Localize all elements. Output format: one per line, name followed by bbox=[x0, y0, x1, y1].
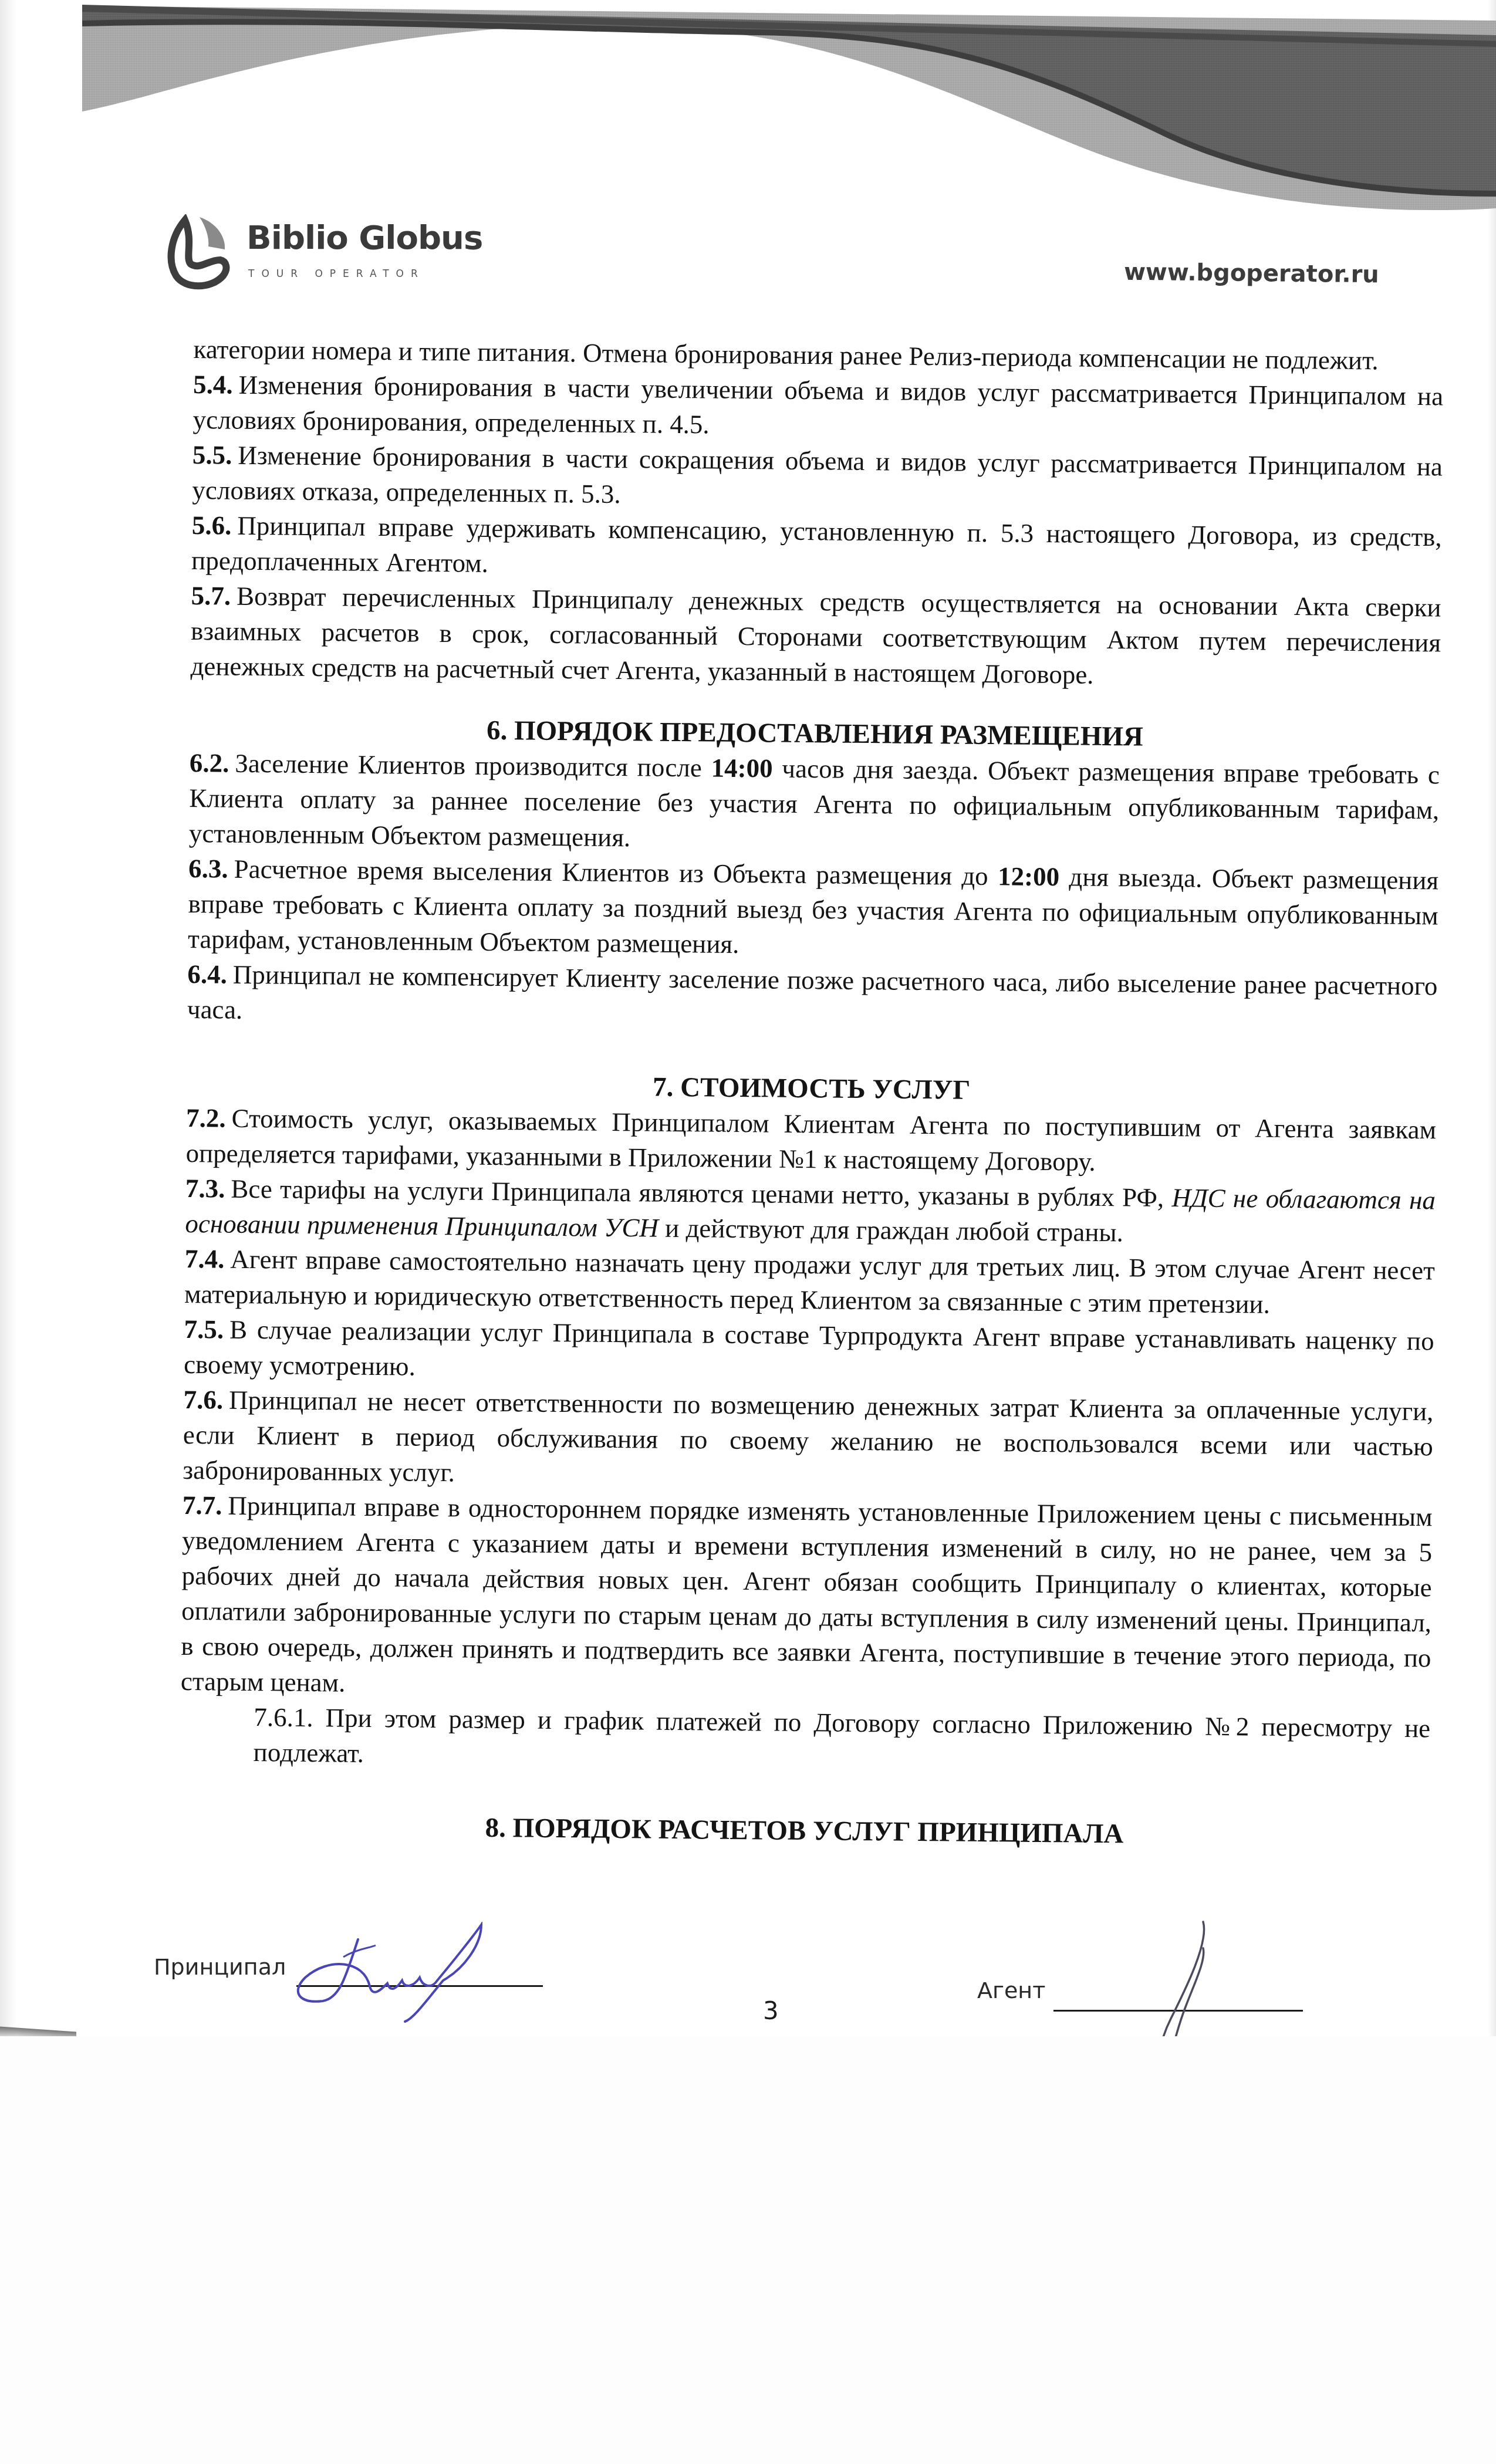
clause-number: 7.5. bbox=[184, 1314, 224, 1344]
clause-text: Стоимость услуг, оказываемых Принципалом… bbox=[185, 1104, 1436, 1177]
clause-text: Принципал вправе в одностороннем порядке… bbox=[181, 1491, 1433, 1698]
clause-text: и действуют для граждан любой страны. bbox=[658, 1214, 1123, 1248]
clause-5-6: 5.6.Принципал вправе удерживать компенса… bbox=[191, 508, 1442, 590]
clause-6-2: 6.2.Заселение Клиентов производится посл… bbox=[189, 745, 1440, 863]
scan-edge-left bbox=[0, 0, 16, 2036]
clause-text: Расчетное время выселения Клиентов из Об… bbox=[234, 854, 998, 891]
document-body: категории номера и типе питания. Отмена … bbox=[179, 332, 1444, 1854]
clause-text: Заселение Клиентов производится после bbox=[235, 749, 711, 783]
biblio-globus-logo-icon bbox=[167, 214, 238, 290]
brand-name: Biblio Globus bbox=[246, 219, 482, 257]
clause-number: 7.3. bbox=[185, 1174, 225, 1204]
clause-number: 7.7. bbox=[183, 1490, 222, 1520]
page-number: 3 bbox=[763, 1996, 779, 2025]
clause-7-4: 7.4.Агент вправе самостоятельно назначат… bbox=[184, 1241, 1435, 1323]
clause-number: 7.2. bbox=[186, 1103, 226, 1133]
clause-text: Принципал не несет ответственности по во… bbox=[183, 1385, 1434, 1488]
clause-text: При этом размер и график платежей по Дог… bbox=[254, 1703, 1431, 1768]
clause-7-6-1: 7.6.1. При этом размер и график платежей… bbox=[180, 1699, 1430, 1781]
clause-7-5: 7.5.В случае реализации услуг Принципала… bbox=[184, 1312, 1434, 1394]
clause-text: Агент вправе самостоятельно назначать це… bbox=[184, 1245, 1435, 1319]
clause-number: 5.6. bbox=[192, 511, 232, 540]
clause-7-7: 7.7.Принципал вправе в одностороннем пор… bbox=[181, 1488, 1433, 1711]
clause-text: Изменения бронирования в части увеличени… bbox=[193, 370, 1443, 440]
clause-number: 5.5. bbox=[193, 440, 232, 470]
clause-number: 7.6. bbox=[183, 1385, 223, 1415]
agent-signature bbox=[1139, 1919, 1227, 2036]
clause-7-6: 7.6.Принципал не несет ответственности п… bbox=[183, 1382, 1434, 1499]
website-url: www.bgoperator.ru bbox=[1124, 259, 1379, 289]
clause-6-3: 6.3.Расчетное время выселения Клиентов и… bbox=[188, 851, 1439, 968]
clause-7-2: 7.2.Стоимость услуг, оказываемых Принцип… bbox=[185, 1100, 1436, 1182]
brand-logo: Biblio Globus TOUR OPERATOR bbox=[167, 208, 519, 302]
brand-subtitle: TOUR OPERATOR bbox=[248, 268, 425, 280]
clause-6-4: 6.4.Принципал не компенсирует Клиенту за… bbox=[187, 956, 1438, 1039]
clause-5-4: 5.4.Изменения бронирования в части увели… bbox=[193, 367, 1443, 449]
clause-text: Все тарифы на услуги Принципала являются… bbox=[231, 1174, 1172, 1212]
clause-number: 7.4. bbox=[185, 1244, 225, 1274]
principal-signature bbox=[288, 1922, 516, 2027]
checkout-time: 12:00 bbox=[998, 861, 1059, 891]
agent-label: Агент bbox=[977, 1978, 1045, 2003]
clause-text: Изменение бронирования в части сокращени… bbox=[192, 441, 1443, 509]
document-page: Biblio Globus TOUR OPERATOR www.bgoperat… bbox=[0, 0, 1496, 2036]
scan-edge-right bbox=[1488, 0, 1496, 2036]
clause-text: Возврат перечисленных Принципалу денежны… bbox=[190, 582, 1441, 689]
principal-label: Принципал bbox=[154, 1954, 286, 1980]
clause-5-5: 5.5.Изменение бронирования в части сокра… bbox=[192, 437, 1443, 519]
header-wave-banner bbox=[82, 0, 1496, 223]
clause-number: 5.4. bbox=[193, 370, 233, 400]
checkin-time: 14:00 bbox=[711, 753, 772, 783]
clause-number: 5.7. bbox=[191, 581, 231, 611]
clause-text: Принципал не компенсирует Клиенту заселе… bbox=[187, 960, 1438, 1025]
clause-5-7: 5.7.Возврат перечисленных Принципалу ден… bbox=[190, 578, 1441, 695]
clause-7-3: 7.3.Все тарифы на услуги Принципала явля… bbox=[185, 1171, 1436, 1253]
clause-number: 6.2. bbox=[190, 748, 229, 778]
clause-number: 6.3. bbox=[188, 854, 228, 884]
signature-footer: Принципал Агент 3 bbox=[0, 1895, 1496, 2036]
clause-text: В случае реализации услуг Принципала в с… bbox=[184, 1315, 1434, 1381]
clause-text: Принципал вправе удерживать компенсацию,… bbox=[191, 511, 1442, 578]
clause-number: 7.6.1. bbox=[254, 1702, 313, 1732]
clause-number: 6.4. bbox=[187, 959, 227, 989]
